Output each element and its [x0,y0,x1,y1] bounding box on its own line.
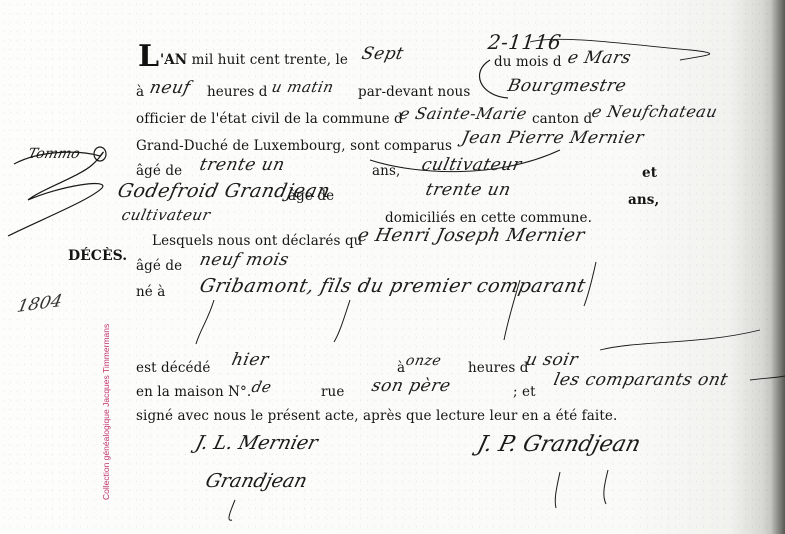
collection-watermark: Collection généalogique Jacques Timmerma… [101,324,111,500]
ink-strokes [0,0,785,534]
document-page: 2-1116 L 'AN mil huit cent trente, le Se… [0,0,785,534]
